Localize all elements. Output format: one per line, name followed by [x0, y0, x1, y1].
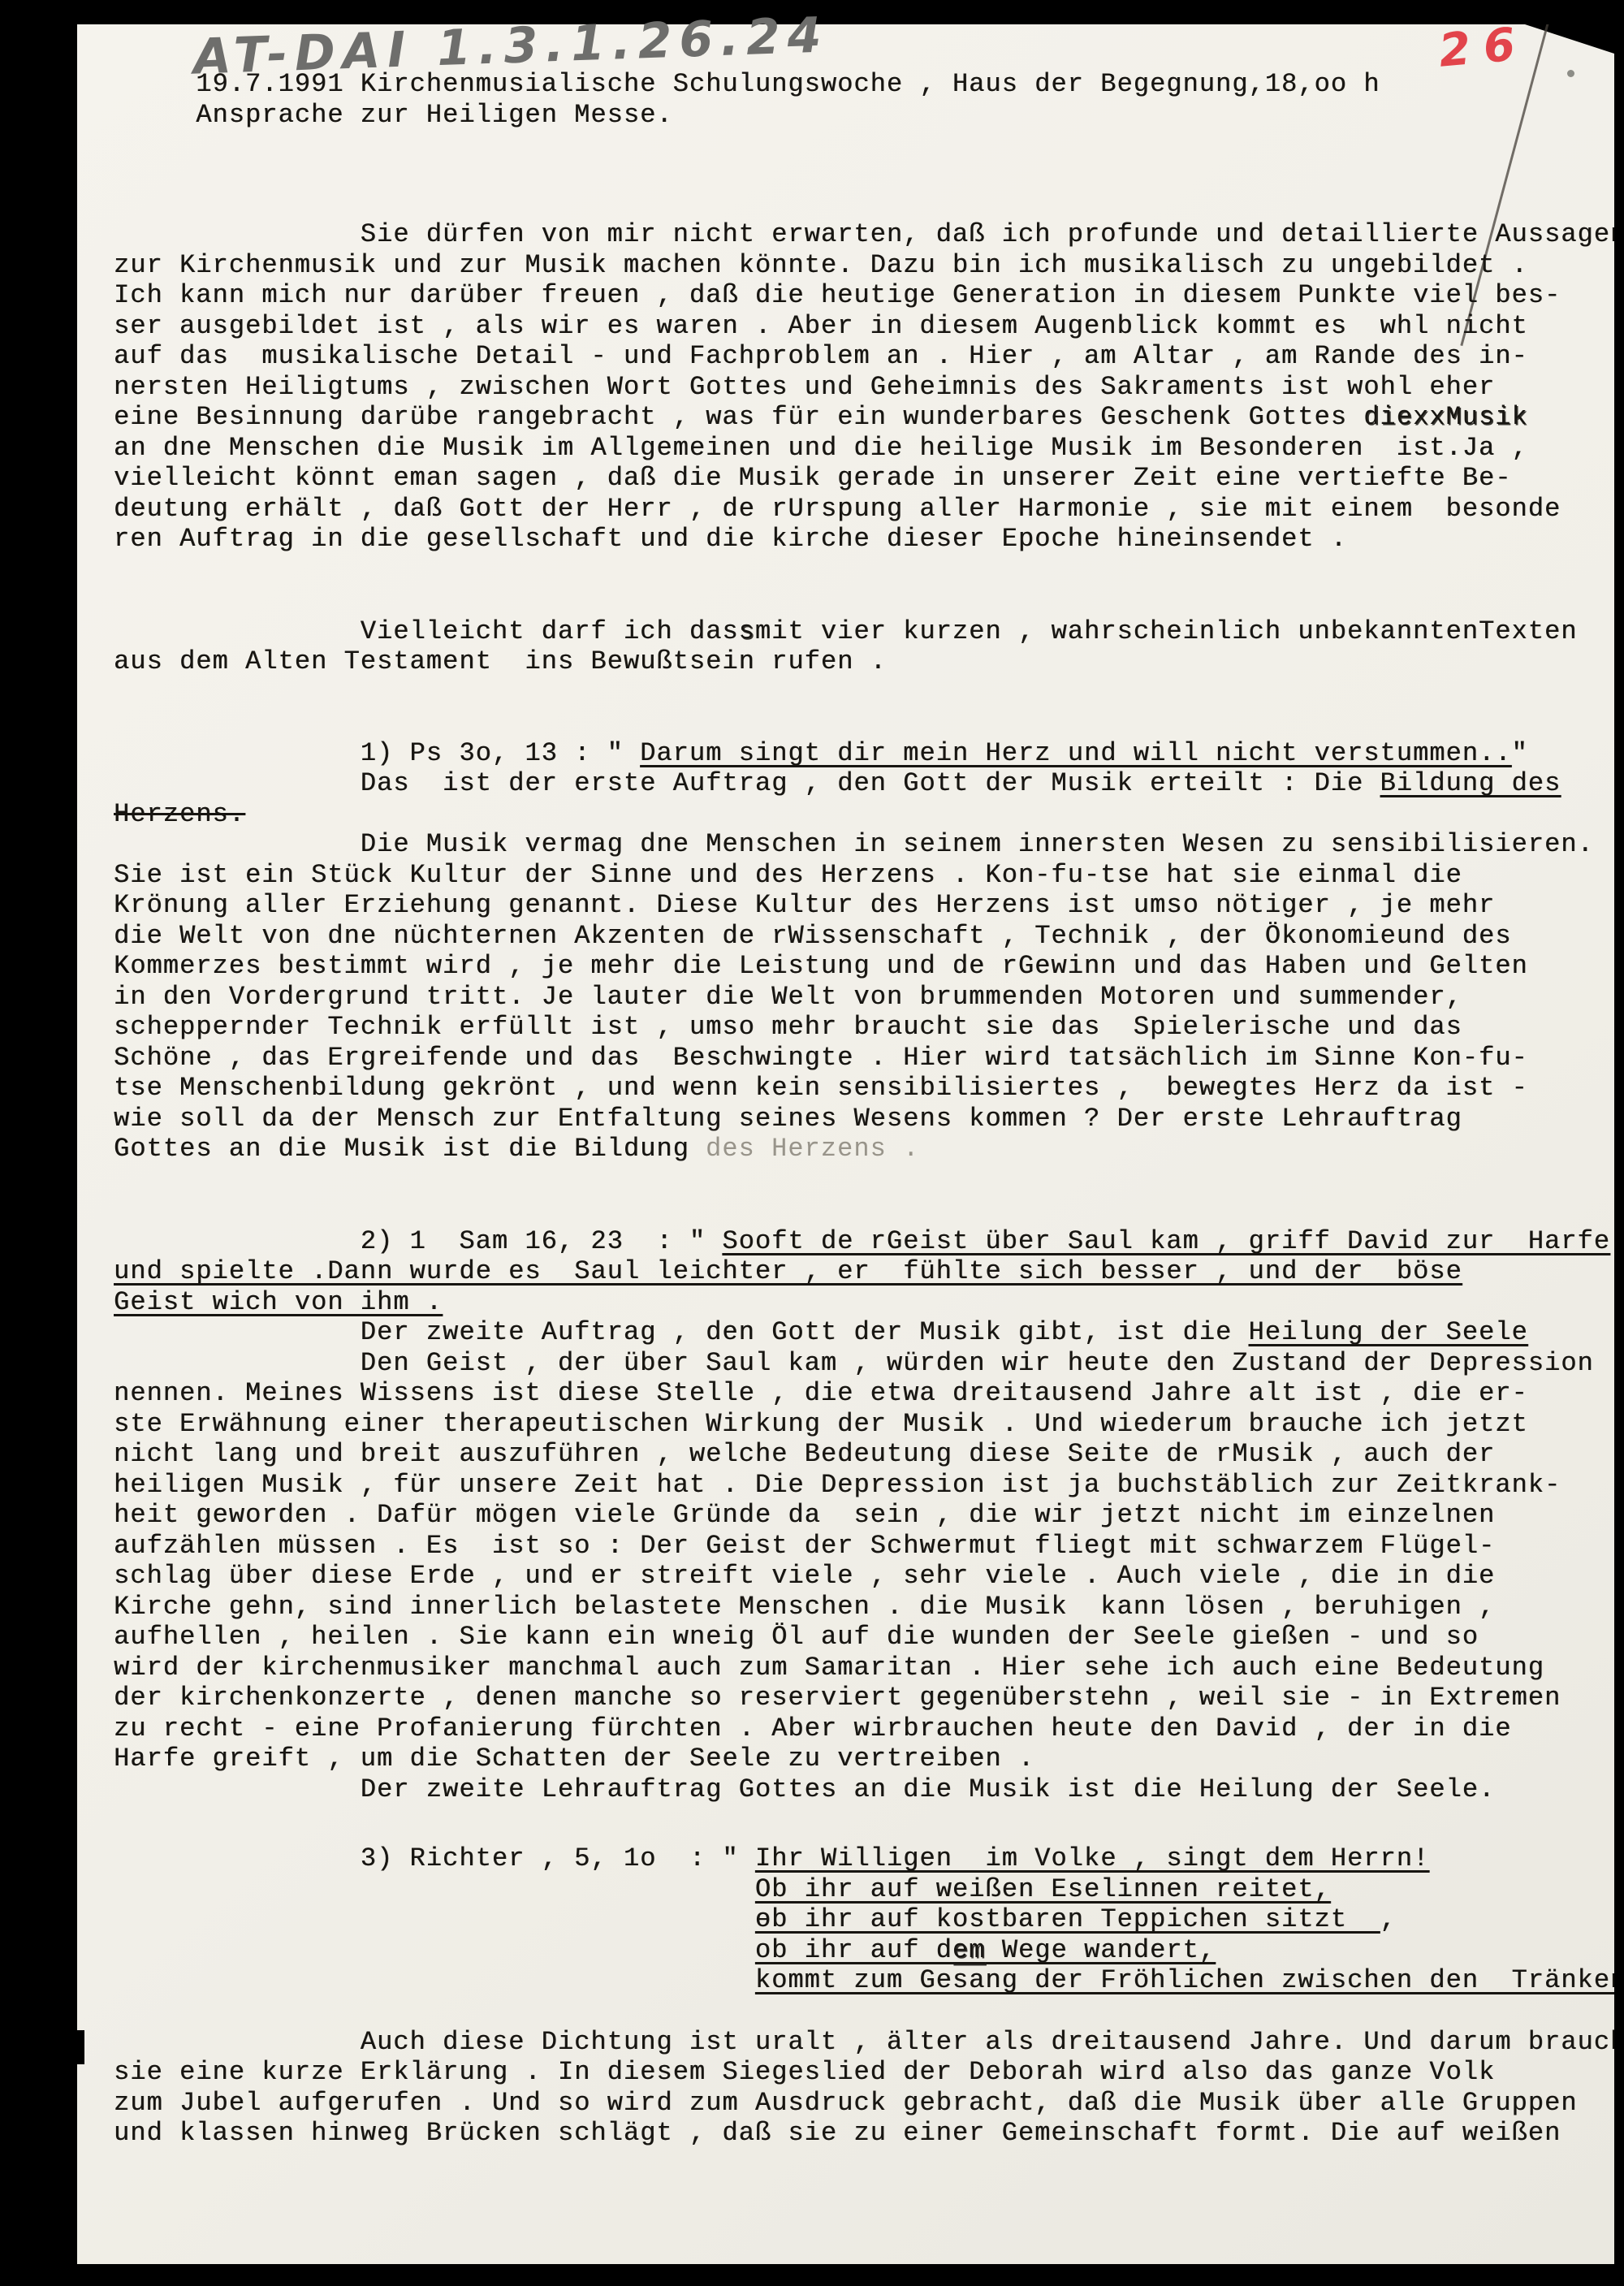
text-line: scheppernder Technik erfüllt ist , umso … — [114, 1012, 1606, 1043]
text-line: heiligen Musik , für unsere Zeit hat . D… — [114, 1470, 1606, 1501]
text-line: Ich kann mich nur darüber freuen , daß d… — [114, 280, 1606, 311]
text-line: Der zweite Auftrag , den Gott der Musik … — [114, 1317, 1606, 1348]
text-line: ob ihr auf dem Wege wandert, — [114, 1935, 1606, 1966]
paragraph-5: Auch diese Dichtung ist uralt , älter al… — [114, 2027, 1606, 2149]
text-line: vielleicht könnt eman sagen , daß die Mu… — [114, 463, 1606, 494]
text-line: Kommerzes bestimmt wird , je mehr die Le… — [114, 951, 1606, 982]
text-line: Ob ihr auf weißen Eselinnen reitet, — [114, 1874, 1606, 1905]
text-line: 3) Richter , 5, 1o : " Ihr Willigen im V… — [114, 1843, 1606, 1874]
text-line: ser ausgebildet ist , als wir es waren .… — [114, 311, 1606, 342]
text-line: Den Geist , der über Saul kam , würden w… — [114, 1348, 1606, 1379]
text-line: und klassen hinweg Brücken schlägt , daß… — [114, 2118, 1606, 2149]
text-line: sie eine kurze Erklärung . In diesem Sie… — [114, 2057, 1606, 2088]
text-line: Geist wich von ihm . — [114, 1287, 1606, 1318]
text-line: eine Besinnung darübe rangebracht , was … — [114, 402, 1606, 433]
text-line: heit geworden . Dafür mögen viele Gründe… — [114, 1500, 1606, 1531]
text-line: 2) 1 Sam 16, 23 : " Sooft de rGeist über… — [114, 1226, 1606, 1257]
text-line: und spielte .Dann wurde es Saul leichter… — [114, 1256, 1606, 1287]
text-line: ste Erwähnung einer therapeutischen Wirk… — [114, 1409, 1606, 1440]
text-line: Vielleicht darf ich dassmit vier kurzen … — [114, 616, 1606, 647]
text-line: Auch diese Dichtung ist uralt , älter al… — [114, 2027, 1606, 2058]
quote-item-1: 1) Ps 3o, 13 : " Darum singt dir mein He… — [114, 738, 1606, 830]
scan-edge-notch — [77, 2030, 84, 2064]
text-line: Gottes an die Musik ist die Bildung des … — [114, 1134, 1606, 1165]
text-line: Der zweite Lehrauftrag Gottes an die Mus… — [114, 1774, 1606, 1805]
text-line: aufhellen , heilen . Sie kann ein wneig … — [114, 1622, 1606, 1653]
text-line: Harfe greift , um die Schatten der Seele… — [114, 1744, 1606, 1774]
text-line: zu recht - eine Profanierung fürchten . … — [114, 1713, 1606, 1744]
text-line: nersten Heiligtums , zwischen Wort Gotte… — [114, 372, 1606, 403]
paper-page: 19.7.1991 Kirchenmusialische Schulungswo… — [77, 24, 1614, 2264]
text-line: aus dem Alten Testament ins Bewußtsein r… — [114, 646, 1606, 677]
text-line: die Welt von dne nüchternen Akzenten de … — [114, 921, 1606, 952]
text-line: ɵb ihr auf kostbaren Teppichen sitzt , — [114, 1904, 1606, 1935]
pencil-dot-mark — [1567, 70, 1574, 77]
clipped-corner — [1525, 24, 1614, 54]
text-line: Herzens. — [114, 799, 1606, 830]
paragraph-3: Die Musik vermag dne Menschen in seinem … — [114, 829, 1606, 1165]
text-line: nicht lang und breit auszuführen , welch… — [114, 1439, 1606, 1470]
text-line: der kirchenkonzerte , denen manche so re… — [114, 1683, 1606, 1713]
text-line: in den Vordergrund tritt. Je lauter die … — [114, 982, 1606, 1013]
paragraph-4: Der zweite Auftrag , den Gott der Musik … — [114, 1317, 1606, 1804]
text-line: wird der kirchenmusiker manchmal auch zu… — [114, 1653, 1606, 1683]
text-line: Sie ist ein Stück Kultur der Sinne und d… — [114, 860, 1606, 891]
scanned-document-screenshot: { "page": { "annotation_handwritten": "A… — [0, 0, 1624, 2286]
text-line: deutung erhält , daß Gott der Herr , de … — [114, 494, 1606, 525]
text-line: kommt zum Gesang der Fröhlichen zwischen… — [114, 1965, 1606, 1996]
text-line: Kirche gehn, sind innerlich belastete Me… — [114, 1592, 1606, 1623]
quote-item-3: 3) Richter , 5, 1o : " Ihr Willigen im V… — [114, 1843, 1606, 1996]
text-line: Krönung aller Erziehung genannt. Diese K… — [114, 890, 1606, 921]
text-line: nennen. Meines Wissens ist diese Stelle … — [114, 1378, 1606, 1409]
text-line: an dne Menschen die Musik im Allgemeinen… — [114, 433, 1606, 464]
text-line: Das ist der erste Auftrag , den Gott der… — [114, 768, 1606, 799]
handwritten-page-number: 26 — [1436, 17, 1530, 77]
text-line: auf das musikalische Detail - und Fachpr… — [114, 341, 1606, 372]
text-line: aufzählen müssen . Es ist so : Der Geist… — [114, 1531, 1606, 1562]
text-line: ren Auftrag in die gesellschaft und die … — [114, 524, 1606, 555]
text-line: zum Jubel aufgerufen . Und so wird zum A… — [114, 2088, 1606, 2119]
text-line: schlag über diese Erde , und er streift … — [114, 1561, 1606, 1592]
text-line: Die Musik vermag dne Menschen in seinem … — [114, 829, 1606, 860]
paragraph-2: Vielleicht darf ich dassmit vier kurzen … — [114, 616, 1606, 677]
text-line: tse Menschenbildung gekrönt , und wenn k… — [114, 1073, 1606, 1104]
text-line: Sie dürfen von mir nicht erwarten, daß i… — [114, 219, 1606, 250]
quote-item-2: 2) 1 Sam 16, 23 : " Sooft de rGeist über… — [114, 1226, 1606, 1318]
text-line: wie soll da der Mensch zur Entfaltung se… — [114, 1104, 1606, 1134]
text-line: Schöne , das Ergreifende und das Beschwi… — [114, 1043, 1606, 1074]
text-line: 1) Ps 3o, 13 : " Darum singt dir mein He… — [114, 738, 1606, 769]
paragraph-1: Sie dürfen von mir nicht erwarten, daß i… — [114, 219, 1606, 555]
text-line: zur Kirchenmusik und zur Musik machen kö… — [114, 250, 1606, 281]
text-line: Ansprache zur Heiligen Messe. — [114, 100, 1606, 131]
typewritten-text-body: 19.7.1991 Kirchenmusialische Schulungswo… — [114, 69, 1606, 2149]
